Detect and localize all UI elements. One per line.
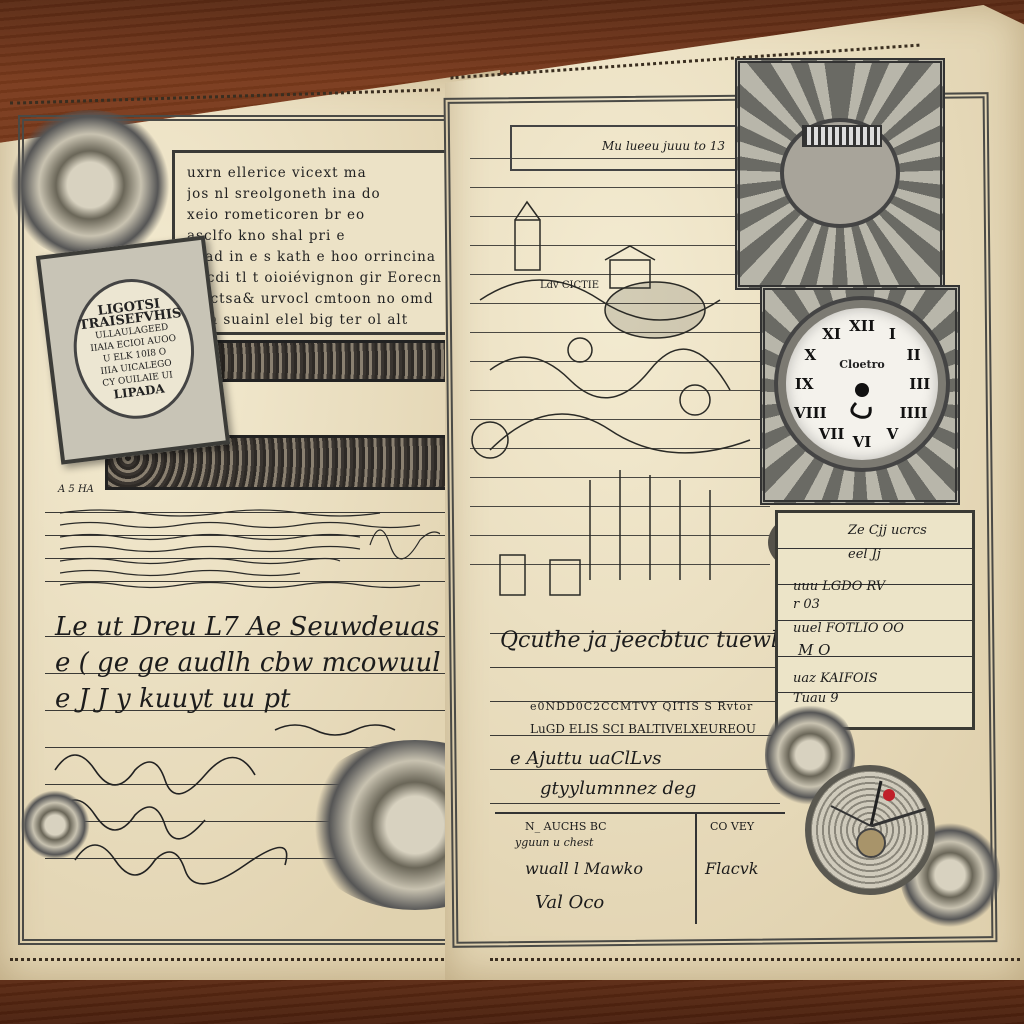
handwriting-line: e J J y kuuyt uu pt: [55, 684, 290, 714]
ledger-line: LuGD ELIS SCI BALTIVELXEUREOU: [530, 722, 756, 736]
note-line: Ze Cjj ucrcs: [848, 523, 927, 538]
ledger-line: gtyylumnnez deg: [540, 778, 696, 799]
header-line: xeio rometicoren br eo: [187, 205, 442, 226]
note-line: uuu LGDO RV: [793, 579, 885, 594]
header-line: oioctsa& urvocl cmtoon no omd: [187, 289, 442, 310]
cursive-scribble: [60, 505, 440, 595]
left-bottom-stitching: [10, 958, 480, 961]
ornate-metal-panel: [735, 58, 945, 290]
sketch-label: Ldv CICTIE: [540, 280, 599, 291]
header-text-block: uxrn ellerice vicext ma jos nl sreolgone…: [172, 150, 457, 335]
note-line: r 03: [793, 597, 820, 612]
handwriting-line: Le ut Dreu L7 Ae Seuwdeuas Te: [55, 612, 478, 642]
wall-clock: Cloetro XII I II III IIII V VI VII VIII …: [778, 300, 946, 468]
signature-1: wuall l Mawko: [525, 859, 643, 878]
header-line: jos nl sreolgoneth ina do: [187, 184, 442, 205]
ledger-line: Qcuthe ja jeecbtuc tuewl: [500, 628, 778, 653]
temple-emblem-icon: [802, 125, 882, 147]
note-line: uuel FOTLIO OO: [793, 621, 904, 636]
open-journal: uxrn ellerice vicext ma jos nl sreolgone…: [0, 0, 1024, 1024]
pocket-watch: [805, 765, 935, 895]
note-line: eel Jj: [848, 547, 881, 562]
clock-hands-icon: [786, 308, 938, 460]
ledger-line: e Ajuttu uaClLvs: [510, 748, 662, 769]
signature-2: Flacvk: [705, 859, 758, 878]
header-line: asclfo kno shal pri e: [187, 226, 442, 247]
flower-ornament-small: [20, 790, 90, 860]
note-line: uaz KAIFOIS: [793, 671, 878, 686]
label-card: LIGOTSI TRAISEFVHIS ULLAULAGEED IIAIA EC…: [36, 235, 230, 464]
caption-box: Mu lueeu juuu to 13: [510, 125, 744, 171]
header-line: uxrn ellerice vicext ma: [187, 163, 442, 184]
footer-right-label: CO VEY: [710, 820, 754, 833]
header-line: Kocdi tl t oioiévignon gir Eorecno: [187, 268, 442, 289]
footer-bottom: Val Oco: [535, 892, 604, 913]
handwriting-line: e ( ge ge audlh cbw mcowuul: [55, 648, 441, 678]
note-card: Ze Cjj ucrcs eel Jj uuu LGDO RV r 03 uue…: [775, 510, 975, 730]
right-bottom-stitching: [490, 958, 1020, 961]
footer-table: N_ AUCHS BC yguun u chest CO VEY wuall l…: [495, 812, 785, 924]
metal-flower-ornament: [5, 110, 175, 260]
note-line: M O: [798, 641, 830, 659]
watch-hands-icon: [811, 771, 929, 889]
top-caption: Mu lueeu juuu to 13: [602, 139, 725, 153]
ledger-line: e0NDD0C2CCMTVY QITIS S Rvtor: [530, 700, 753, 713]
header-line: cuad in e s kath e hoo orrincina: [187, 247, 442, 268]
footer-left-sub: yguun u chest: [515, 836, 593, 849]
footer-left-label: N_ AUCHS BC: [525, 820, 607, 833]
header-line: - tm suainl elel big ter ol alt: [187, 310, 442, 331]
small-tag: A 5 HA: [58, 484, 94, 495]
label-oval: LIGOTSI TRAISEFVHIS ULLAULAGEED IIAIA EC…: [66, 272, 202, 426]
town-sketch: Ldv CICTIE: [460, 190, 770, 600]
